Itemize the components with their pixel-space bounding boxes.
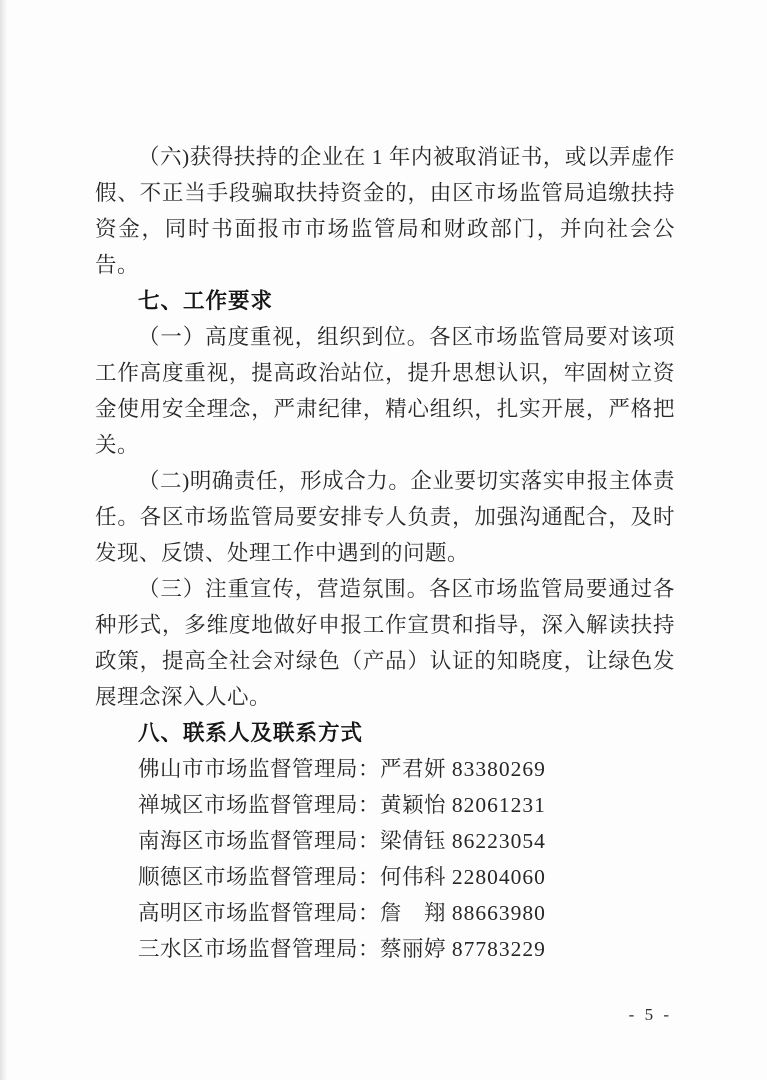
contact-org: 三水区市场监督管理局：	[138, 937, 380, 961]
contact-name: 梁倩钰	[380, 829, 446, 853]
contact-org: 高明区市场监督管理局：	[138, 901, 380, 925]
paragraph-clause-7-1: （一）高度重视，组织到位。各区市场监管局要对该项工作高度重视，提高政治站位，提升…	[95, 319, 675, 463]
contact-line-nanhai: 南海区市场监督管理局：梁倩钰 86223054	[95, 823, 675, 859]
contact-phone: 87783229	[452, 937, 546, 961]
contact-name: 严君妍	[380, 757, 446, 781]
scanned-page-edge	[0, 0, 7, 1080]
contact-name: 詹 翔	[380, 901, 446, 925]
contact-phone: 82061231	[452, 793, 546, 817]
contact-name: 蔡丽婷	[380, 937, 446, 961]
contact-org: 顺德区市场监督管理局：	[138, 865, 380, 889]
paragraph-clause-7-3: （三）注重宣传，营造氛围。各区市场监管局要通过各种形式，多维度地做好申报工作宣贯…	[95, 571, 675, 715]
contact-name: 何伟科	[380, 865, 446, 889]
contact-phone: 22804060	[452, 865, 546, 889]
section-heading-contacts: 八、联系人及联系方式	[95, 715, 675, 751]
section-heading-work-requirements: 七、工作要求	[95, 283, 675, 319]
document-page: （六)获得扶持的企业在 1 年内被取消证书，或以弄虚作假、不正当手段骗取扶持资金…	[0, 0, 767, 1080]
contact-phone: 83380269	[452, 757, 546, 781]
contact-line-sanshui: 三水区市场监督管理局：蔡丽婷 87783229	[95, 931, 675, 967]
contact-org: 佛山市市场监督管理局：	[138, 757, 380, 781]
contact-org: 南海区市场监督管理局：	[138, 829, 380, 853]
document-body: （六)获得扶持的企业在 1 年内被取消证书，或以弄虚作假、不正当手段骗取扶持资金…	[95, 139, 675, 967]
contact-line-chancheng: 禅城区市场监督管理局：黄颖怡 82061231	[95, 787, 675, 823]
contact-name: 黄颖怡	[380, 793, 446, 817]
paragraph-clause-7-2: （二)明确责任，形成合力。企业要切实落实申报主体责任。各区市场监管局要安排专人负…	[95, 463, 675, 571]
contact-line-shunde: 顺德区市场监督管理局：何伟科 22804060	[95, 859, 675, 895]
contact-org: 禅城区市场监督管理局：	[138, 793, 380, 817]
contact-phone: 88663980	[452, 901, 546, 925]
contact-line-gaoming: 高明区市场监督管理局：詹 翔 88663980	[95, 895, 675, 931]
page-number: - 5 -	[629, 1003, 672, 1027]
contact-line-foshan: 佛山市市场监督管理局：严君妍 83380269	[95, 751, 675, 787]
paragraph-clause-6: （六)获得扶持的企业在 1 年内被取消证书，或以弄虚作假、不正当手段骗取扶持资金…	[95, 139, 675, 283]
contact-phone: 86223054	[452, 829, 546, 853]
